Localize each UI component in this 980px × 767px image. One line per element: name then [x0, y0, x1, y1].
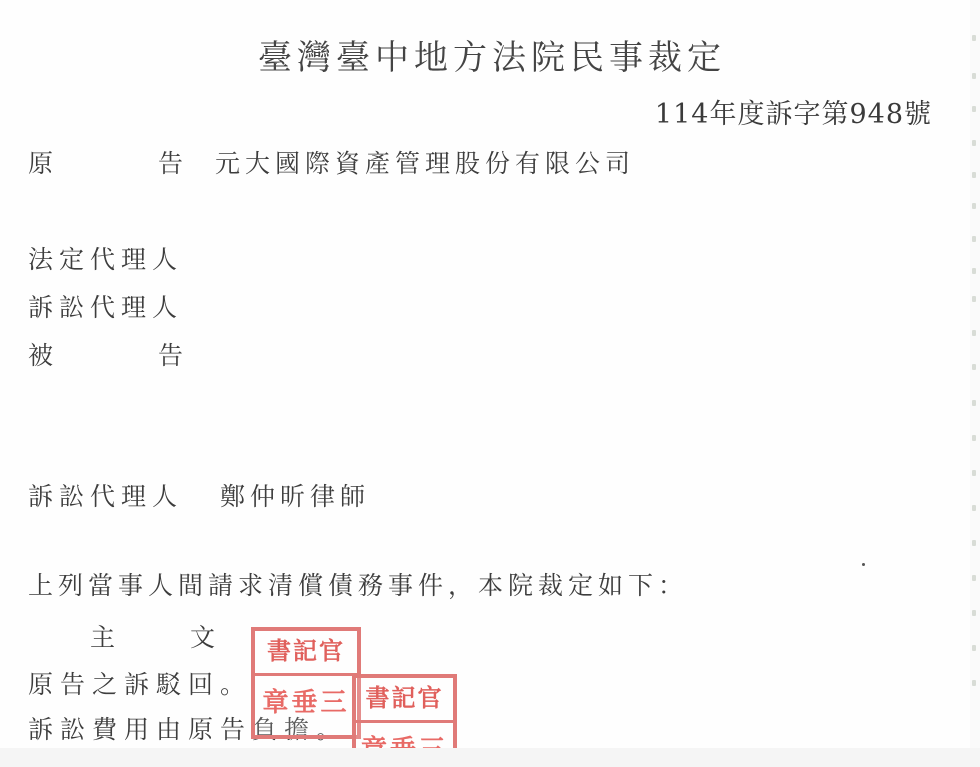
margin-mark — [972, 645, 976, 651]
party-defendant: 被 告 — [28, 336, 215, 372]
margin-mark — [972, 364, 976, 370]
margin-mark — [972, 470, 976, 476]
party-value-litigation-agent-defendant: 鄭仲昕律師 — [220, 477, 370, 513]
margin-mark — [972, 236, 976, 242]
intro-statement: 上列當事人間請求清償債務事件，本院裁定如下： — [28, 566, 688, 602]
stamp-title: 書記官 — [255, 631, 357, 676]
margin-mark — [972, 172, 976, 178]
party-label-plaintiff: 原 告 — [28, 144, 183, 180]
margin-mark — [972, 435, 976, 441]
label-char: 原 — [28, 144, 53, 180]
party-litigation-agent-plaintiff: 訴訟代理人 — [28, 288, 220, 324]
right-margin-binding-marks — [970, 0, 980, 767]
case-number: 114年度訴字第948號 — [655, 92, 932, 131]
party-label-litigation-agent-defendant: 訴訟代理人 — [28, 477, 188, 513]
margin-mark — [972, 140, 976, 146]
label-char: 告 — [158, 144, 183, 180]
party-label-litigation-agent: 訴訟代理人 — [28, 288, 188, 324]
party-litigation-agent-defendant: 訴訟代理人鄭仲昕律師 — [28, 477, 370, 513]
clerk-seal-stamp: 書記官 章垂三 — [251, 627, 361, 739]
document-title: 臺灣臺中地方法院民事裁定 — [258, 30, 726, 79]
clerk-seal-stamp: 書記官 章垂三 — [352, 674, 457, 754]
label-char: 告 — [158, 336, 183, 372]
party-legal-representative: 法定代理人 — [28, 240, 220, 276]
heading-char: 主 — [90, 618, 115, 654]
margin-mark — [972, 540, 976, 546]
margin-mark — [972, 73, 976, 79]
margin-mark — [972, 203, 976, 209]
party-value-plaintiff: 元大國際資產管理股份有限公司 — [215, 144, 635, 180]
party-plaintiff: 原 告 元大國際資產管理股份有限公司 — [28, 144, 635, 180]
label-char: 被 — [28, 336, 53, 372]
party-label-defendant: 被 告 — [28, 336, 183, 372]
margin-mark — [972, 680, 976, 686]
margin-mark — [972, 330, 976, 336]
scan-speck — [862, 563, 865, 566]
bottom-edge — [0, 748, 980, 767]
margin-mark — [972, 575, 976, 581]
stamp-title: 書記官 — [356, 678, 453, 723]
stamp-name: 章垂三 — [255, 676, 357, 719]
margin-mark — [972, 505, 976, 511]
court-ruling-document: 臺灣臺中地方法院民事裁定 114年度訴字第948號 原 告 元大國際資產管理股份… — [0, 0, 980, 767]
party-label-legal-representative: 法定代理人 — [28, 240, 188, 276]
main-text-heading: 主 文 — [90, 618, 215, 654]
margin-mark — [972, 106, 976, 112]
ruling-1: 原告之訴駁回。 — [28, 665, 252, 701]
margin-mark — [972, 296, 976, 302]
margin-mark — [972, 268, 976, 274]
heading-char: 文 — [190, 618, 215, 654]
margin-mark — [972, 610, 976, 616]
margin-mark — [972, 35, 976, 41]
margin-mark — [972, 400, 976, 406]
